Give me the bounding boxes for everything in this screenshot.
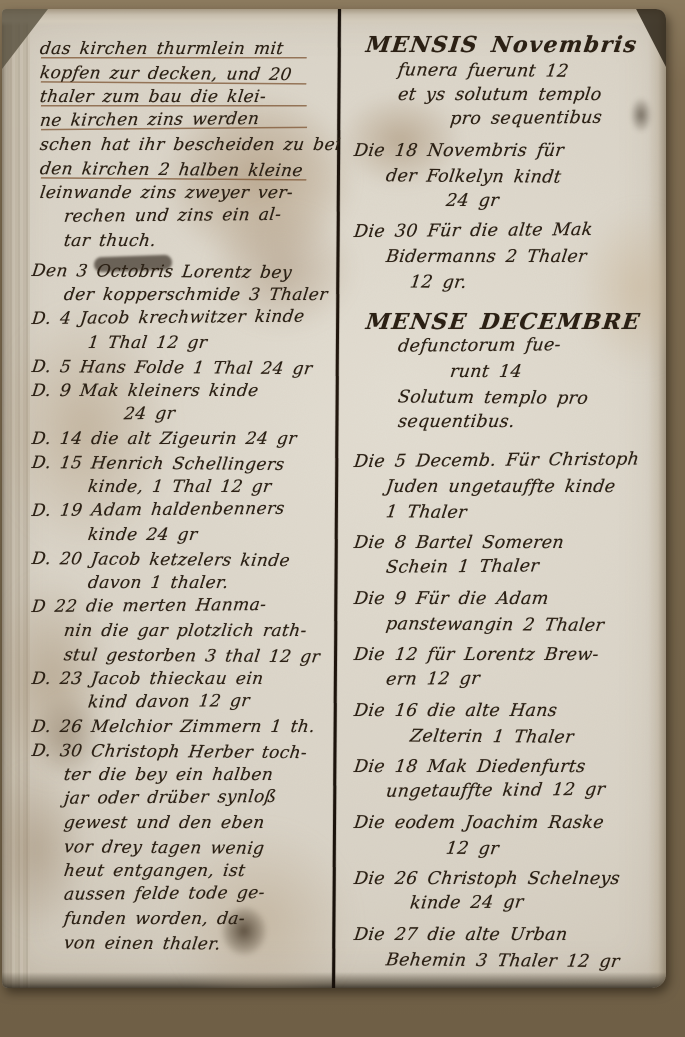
handwritten-text: 12 gr. [409,272,468,292]
manuscript-line: D. 26 Melchior Zimmern 1 th. [31,715,336,739]
handwritten-text: Die 5 Decemb. Für Christoph [353,450,640,472]
manuscript-line: ter die bey ein halben [31,763,336,787]
handwritten-text: Die 18 Novembris für [353,141,565,161]
handwritten-text: et ys solutum templo [397,85,603,105]
manuscript-line: jar oder drüber synloß [31,784,336,811]
manuscript-line: Die 27 die alte Urban [352,923,666,948]
handwritten-text: D. 30 Christoph Herber toch- [31,741,309,763]
handwritten-text: rechen und zins ein al- [63,205,283,227]
handwritten-text: jar oder drüber synloß [63,787,278,809]
handwritten-text: von einen thaler. [63,933,222,954]
handwritten-text: Die 8 Bartel Someren [353,533,565,553]
handwritten-text: D 22 die merten Hanma- [31,595,268,617]
handwritten-text: heut entgangen, ist [63,861,247,881]
handwritten-text: 24 gr [445,191,500,211]
handwritten-text: 24 gr [123,404,176,424]
manuscript-line: Die 18 Novembris für [352,139,666,164]
handwritten-text: Die 16 die alte Hans [353,701,558,721]
manuscript-line: schen hat ihr bescheiden zu bei [31,133,336,157]
manuscript-line: nin die gar plotzlich rath- [31,619,336,643]
manuscript-line: Juden ungetauffte kinde [352,475,666,500]
manuscript-line: MENSIS Novembris [352,33,666,58]
manuscript-line: kind davon 12 gr [31,688,336,715]
handwritten-text: D. 20 Jacob ketzelers kinde [31,549,292,571]
manuscript-line: Zelterin 1 Thaler [352,724,666,751]
manuscript-line: D. 14 die alt Zigeurin 24 gr [31,427,336,451]
handwritten-text: Schein 1 Thaler [385,556,540,577]
handwritten-text: davon 1 thaler. [87,573,230,593]
handwritten-text: Die 12 für Lorentz Brew- [353,645,600,665]
handwritten-text: vor drey tagen wenig [63,837,266,859]
handwritten-text: der Folkelyn kindt [385,166,563,187]
handwritten-text: das kirchen thurmlein mit [39,39,285,59]
handwritten-text: Bidermanns 2 Thaler [385,247,588,267]
handwritten-text: D. 4 Jacob krechwitzer kinde [31,307,306,329]
manuscript-line: der kopperschmide 3 Thaler [31,283,336,307]
manuscript-line: 24 gr [352,189,666,214]
handwritten-text: runt 14 [449,362,523,382]
handwritten-text: funera fuerunt 12 [397,60,570,81]
handwritten-text: der kopperschmide 3 Thaler [63,285,329,305]
manuscript-line: 24 gr [31,400,336,427]
handwritten-text: MENSIS Novembris [364,32,639,58]
manuscript-line: D. 30 Christoph Herber toch- [30,739,335,765]
manuscript-line: rechen und zins ein al- [31,202,336,229]
handwritten-text: ne kirchen zins werden [39,109,261,131]
handwritten-text: ern 12 gr [385,669,481,690]
handwritten-text: Juden ungetauffte kinde [385,477,617,497]
manuscript-line: davon 1 thaler. [31,571,336,595]
handwritten-text: leinwande zins zweyer ver- [39,183,295,203]
manuscript-line: Die 5 Decemb. Für Christoph [353,447,666,475]
handwritten-text: pro sequentibus [449,108,603,129]
handwritten-text: nin die gar plotzlich rath- [63,621,308,641]
manuscript-line: 12 gr. [352,270,666,297]
manuscript-line: Die 9 Für die Adam [352,587,666,612]
manuscript-line: Die eodem Joachim Raske [352,811,666,836]
handwritten-text: funden worden, da- [63,909,247,929]
handwritten-text: Die eodem Joachim Raske [353,813,605,833]
manuscript-line: kopfen zur decken, und 20 [30,61,335,87]
handwritten-text: kinde 24 gr [409,893,525,914]
handwritten-text: Die 26 Christoph Schelneys [353,869,621,889]
manuscript-line: vor drey tagen wenig [30,835,335,861]
manuscript-line: Die 12 für Lorentz Brew- [352,643,666,668]
handwritten-text: kinde, 1 Thal 12 gr [87,477,273,497]
handwritten-text: tar thuch. [63,231,158,251]
manuscript-line: et ys solutum templo [352,83,666,108]
handwritten-text: defunctorum fue- [397,335,562,356]
manuscript-line: kinde, 1 Thal 12 gr [31,475,336,499]
manuscript-line: das kirchen thurmlein mit [31,37,336,61]
manuscript-line: D. 19 Adam haldenbenners [31,496,336,523]
handwritten-text: kinde 24 gr [87,525,199,545]
manuscript-line: Die 8 Bartel Someren [352,531,666,556]
manuscript-line: heut entgangen, ist [31,859,336,883]
handwritten-text: D. 26 Melchior Zimmern 1 th. [31,717,317,737]
handwritten-text: 1 Thal 12 gr [87,333,209,353]
handwritten-text: thaler zum bau die klei- [39,87,268,107]
handwritten-text: Die 27 die alte Urban [353,925,569,945]
handwritten-text: 1 Thaler [385,502,468,523]
manuscript-line: Behemin 3 Thaler 12 gr [352,948,666,975]
manuscript-line: den kirchen 2 halben kleine [30,157,335,183]
manuscript-line: thaler zum bau die klei- [31,85,336,109]
manuscript-line: Die 18 Mak Diedenfurts [352,755,666,780]
right-column: MENSIS Novembrisfunera fuerunt 12et ys s… [354,33,666,973]
handwritten-text: stul gestorben 3 thal 12 gr [63,645,322,667]
manuscript-line: aussen felde tode ge- [31,880,336,907]
manuscript-line: leinwande zins zweyer ver- [31,181,336,205]
manuscript-line: sequentibus. [352,410,666,435]
handwritten-text: ter die bey ein halben [63,765,275,785]
handwritten-text: kind davon 12 gr [87,691,251,712]
manuscript-line: D. 20 Jacob ketzelers kinde [30,547,335,573]
manuscript-line: ungetauffte kind 12 gr [353,777,666,805]
handwritten-text: Die 30 Für die alte Mak [353,220,594,242]
manuscript-line: MENSE DECEMBRE [352,310,666,335]
manuscript-line: 1 Thaler [352,500,666,527]
manuscript-line: gewest und den eben [31,811,336,835]
manuscript-line: ern 12 gr [353,665,666,693]
manuscript-line: 1 Thal 12 gr [31,331,336,355]
handwritten-text: den kirchen 2 halben kleine [39,159,304,181]
handwritten-text: panstewangin 2 Thaler [385,614,606,636]
manuscript-line: D. 5 Hans Folde 1 Thal 24 gr [30,355,335,381]
manuscript-line: kinde 24 gr [31,523,336,547]
stacked-page-edges-left [2,9,30,988]
handwritten-text: MENSE DECEMBRE [364,309,642,335]
handwritten-text: D. 23 Jacob thieckau ein [31,669,265,689]
manuscript-line: ne kirchen zins werden [31,106,336,133]
manuscript-line: pro sequentibus [353,105,666,133]
manuscript-line: Solutum templo pro [352,385,666,412]
handwritten-text: Die 18 Mak Diedenfurts [353,757,587,777]
handwritten-text: Zelterin 1 Thaler [409,726,575,747]
manuscript-line: defunctorum fue- [353,332,666,360]
handwritten-text: ungetauffte kind 12 gr [385,780,606,802]
handwritten-text: D. 5 Hans Folde 1 Thal 24 gr [31,357,314,379]
photograph-of-manuscript: { "document": { "left_column": { "lines"… [0,0,685,1037]
handwritten-text: aussen felde tode ge- [63,883,266,905]
manuscript-line: Die 26 Christoph Schelneys [352,867,666,892]
manuscript-line: D. 15 Henrich Schellingers [30,451,335,477]
manuscript-line: Die 16 die alte Hans [352,699,666,724]
handwritten-text: Solutum templo pro [397,387,590,408]
manuscript-line: kinde 24 gr [353,889,666,917]
handwritten-text: Behemin 3 Thaler 12 gr [385,950,621,972]
handwritten-text: Den 3 Octobris Lorentz bey [31,261,294,283]
handwritten-text: D. 14 die alt Zigeurin 24 gr [31,429,298,449]
manuscript-line: runt 14 [352,360,666,385]
manuscript-line: von einen thaler. [30,931,335,957]
left-column: das kirchen thurmlein mitkopfen zur deck… [32,37,334,955]
manuscript-page: das kirchen thurmlein mitkopfen zur deck… [2,9,666,988]
manuscript-line: 12 gr [352,836,666,863]
manuscript-line: panstewangin 2 Thaler [352,612,666,639]
handwritten-text: schen hat ihr bescheiden zu bei [39,135,342,155]
manuscript-line: Den 3 Octobris Lorentz bey [30,259,335,285]
handwritten-text: Die 9 Für die Adam [353,589,550,609]
handwritten-text: 12 gr [445,839,500,859]
manuscript-line: Die 30 Für die alte Mak [353,217,666,245]
manuscript-line: funera fuerunt 12 [352,58,666,85]
manuscript-line: D 22 die merten Hanma- [31,592,336,619]
manuscript-line: tar thuch. [31,229,336,253]
handwritten-text: D. 9 Mak kleiners kinde [31,381,260,401]
manuscript-line: funden worden, da- [31,907,336,931]
handwritten-text: kopfen zur decken, und 20 [39,63,293,85]
handwritten-text: D. 15 Henrich Schellingers [31,453,286,475]
manuscript-line: D. 4 Jacob krechwitzer kinde [31,304,336,331]
manuscript-line: Bidermanns 2 Thaler [352,245,666,270]
manuscript-line: der Folkelyn kindt [352,164,666,191]
manuscript-line: Schein 1 Thaler [353,553,666,581]
handwritten-text: gewest und den eben [63,813,266,833]
manuscript-line: stul gestorben 3 thal 12 gr [30,643,335,669]
page-edge-top [2,9,666,26]
handwritten-text: sequentibus. [397,412,516,432]
manuscript-line: D. 9 Mak kleiners kinde [31,379,336,403]
handwritten-text: D. 19 Adam haldenbenners [31,499,286,521]
manuscript-line: D. 23 Jacob thieckau ein [31,667,336,691]
